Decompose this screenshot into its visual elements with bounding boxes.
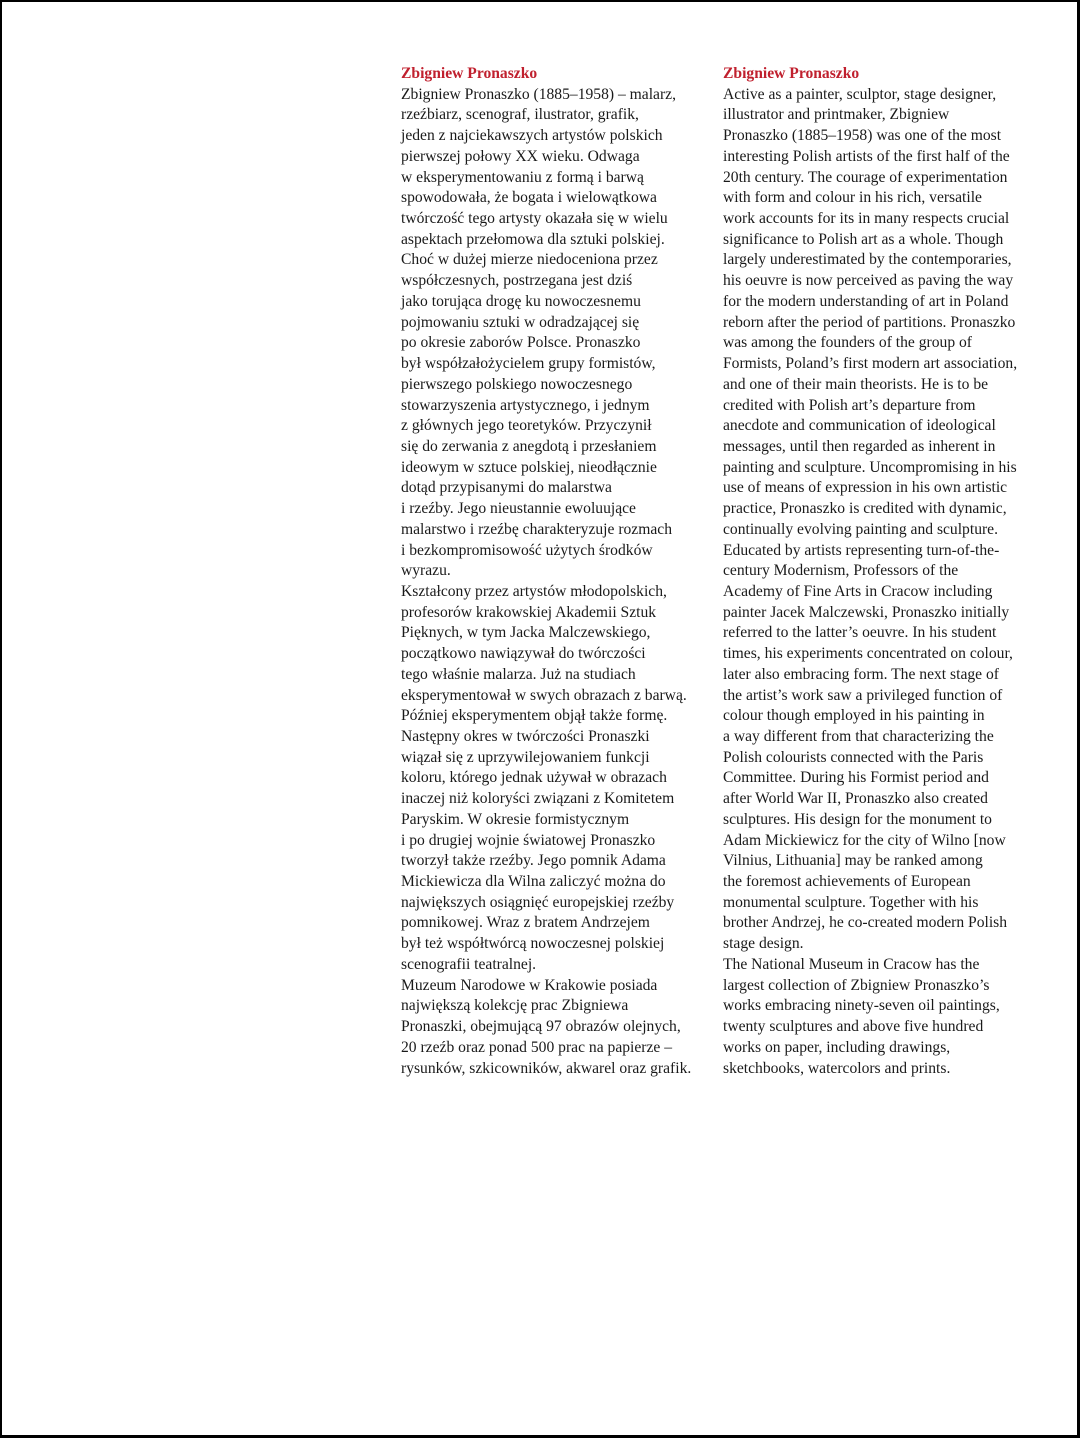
text-line: brother Andrzej, he co-created modern Po…	[723, 913, 1038, 934]
text-line: Następny okres w twórczości Pronaszki	[401, 727, 701, 748]
text-line: profesorów krakowskiej Akademii Sztuk	[401, 603, 701, 624]
text-line: times, his experiments concentrated on c…	[723, 644, 1038, 665]
text-line: Później eksperymentem objął także formę.	[401, 706, 701, 727]
text-line: rzeźbiarz, scenograf, ilustrator, grafik…	[401, 105, 701, 126]
text-line: referred to the latter’s oeuvre. In his …	[723, 623, 1038, 644]
text-line: 20 rzeźb oraz ponad 500 prac na papierze…	[401, 1038, 701, 1059]
text-line: był też współtwórcą nowoczesnej polskiej	[401, 934, 701, 955]
text-line: Zbigniew Pronaszko (1885–1958) – malarz,	[401, 85, 701, 106]
text-line: a way different from that characterizing…	[723, 727, 1038, 748]
english-text-column: Zbigniew Pronaszko Active as a painter, …	[723, 64, 1038, 1079]
text-line: Polish colourists connected with the Par…	[723, 748, 1038, 769]
text-line: sculptures. His design for the monument …	[723, 810, 1038, 831]
text-line: Adam Mickiewicz for the city of Wilno [n…	[723, 831, 1038, 852]
text-line: his oeuvre is now perceived as paving th…	[723, 271, 1038, 292]
text-line: works on paper, including drawings,	[723, 1038, 1038, 1059]
text-line: scenografii teatralnej.	[401, 955, 701, 976]
text-line: pojmowaniu sztuki w odradzającej się	[401, 313, 701, 334]
text-line: rysunków, szkicowników, akwarel oraz gra…	[401, 1059, 701, 1080]
text-line: eksperymentował w swych obrazach z barwą…	[401, 686, 701, 707]
text-line: monumental sculpture. Together with his	[723, 893, 1038, 914]
text-line: continually evolving painting and sculpt…	[723, 520, 1038, 541]
text-line: ideowym w sztuce polskiej, nieodłącznie	[401, 458, 701, 479]
text-line: się do zerwania z anegdotą i przesłaniem	[401, 437, 701, 458]
text-line: aspektach przełomowa dla sztuki polskiej…	[401, 230, 701, 251]
polish-heading: Zbigniew Pronaszko	[401, 64, 701, 85]
text-line: największą kolekcję prac Zbigniewa	[401, 996, 701, 1017]
text-line: largest collection of Zbigniew Pronaszko…	[723, 976, 1038, 997]
text-line: Mickiewicza dla Wilna zaliczyć można do	[401, 872, 701, 893]
text-line: for the modern understanding of art in P…	[723, 292, 1038, 313]
text-line: Pronaszki, obejmującą 97 obrazów olejnyc…	[401, 1017, 701, 1038]
text-line: i rzeźby. Jego nieustannie ewoluujące	[401, 499, 701, 520]
text-line: współczesnych, postrzegana jest dziś	[401, 271, 701, 292]
text-line: z głównych jego teoretyków. Przyczynił	[401, 416, 701, 437]
text-line: i po drugiej wojnie światowej Pronaszko	[401, 831, 701, 852]
text-line: Vilnius, Lithuania] may be ranked among	[723, 851, 1038, 872]
text-line: pomnikowej. Wraz z bratem Andrzejem	[401, 913, 701, 934]
text-line: Committee. During his Formist period and	[723, 768, 1038, 789]
text-line: Pięknych, w tym Jacka Malczewskiego,	[401, 623, 701, 644]
text-line: use of means of expression in his own ar…	[723, 478, 1038, 499]
text-line: with form and colour in his rich, versat…	[723, 188, 1038, 209]
text-line: reborn after the period of partitions. P…	[723, 313, 1038, 334]
text-line: spowodowała, że bogata i wielowątkowa	[401, 188, 701, 209]
text-line: significance to Polish art as a whole. T…	[723, 230, 1038, 251]
text-line: Formists, Poland’s first modern art asso…	[723, 354, 1038, 375]
text-line: practice, Pronaszko is credited with dyn…	[723, 499, 1038, 520]
text-line: dotąd przypisanymi do malarstwa	[401, 478, 701, 499]
text-line: Educated by artists representing turn-of…	[723, 541, 1038, 562]
text-line: largely underestimated by the contempora…	[723, 250, 1038, 271]
text-line: work accounts for its in many respects c…	[723, 209, 1038, 230]
text-line: pierwszej połowy XX wieku. Odwaga	[401, 147, 701, 168]
text-line: twórczość tego artysty okazała się w wie…	[401, 209, 701, 230]
text-line: tworzył także rzeźby. Jego pomnik Adama	[401, 851, 701, 872]
document-page: Zbigniew Pronaszko Zbigniew Pronaszko (1…	[0, 0, 1080, 1438]
text-line: works embracing ninety-seven oil paintin…	[723, 996, 1038, 1017]
text-line: w eksperymentowaniu z formą i barwą	[401, 168, 701, 189]
text-line: wyrazu.	[401, 561, 701, 582]
text-line: the foremost achievements of European	[723, 872, 1038, 893]
text-line: later also embracing form. The next stag…	[723, 665, 1038, 686]
text-line: 20th century. The courage of experimenta…	[723, 168, 1038, 189]
text-line: after World War II, Pronaszko also creat…	[723, 789, 1038, 810]
text-line: interesting Polish artists of the first …	[723, 147, 1038, 168]
text-line: Active as a painter, sculptor, stage des…	[723, 85, 1038, 106]
text-line: sketchbooks, watercolors and prints.	[723, 1059, 1038, 1080]
text-line: stowarzyszenia artystycznego, i jednym	[401, 396, 701, 417]
text-line: Kształcony przez artystów młodopolskich,	[401, 582, 701, 603]
text-line: koloru, którego jednak używał w obrazach	[401, 768, 701, 789]
text-line: jeden z najciekawszych artystów polskich	[401, 126, 701, 147]
text-line: tego właśnie malarza. Już na studiach	[401, 665, 701, 686]
text-line: i bezkompromisowość użytych środków	[401, 541, 701, 562]
text-line: po okresie zaborów Polsce. Pronaszko	[401, 333, 701, 354]
text-line: messages, until then regarded as inheren…	[723, 437, 1038, 458]
text-line: wiązał się z uprzywilejowaniem funkcji	[401, 748, 701, 769]
text-line: malarstwo i rzeźbę charakteryzuje rozmac…	[401, 520, 701, 541]
text-line: początkowo nawiązywał do twórczości	[401, 644, 701, 665]
text-line: Muzeum Narodowe w Krakowie posiada	[401, 976, 701, 997]
polish-text-column: Zbigniew Pronaszko Zbigniew Pronaszko (1…	[401, 64, 701, 1079]
text-line: twenty sculptures and above five hundred	[723, 1017, 1038, 1038]
text-line: was among the founders of the group of	[723, 333, 1038, 354]
text-line: colour though employed in his painting i…	[723, 706, 1038, 727]
text-line: Paryskim. W okresie formistycznym	[401, 810, 701, 831]
text-line: illustrator and printmaker, Zbigniew	[723, 105, 1038, 126]
text-line: the artist’s work saw a privileged funct…	[723, 686, 1038, 707]
text-line: credited with Polish art’s departure fro…	[723, 396, 1038, 417]
text-line: and one of their main theorists. He is t…	[723, 375, 1038, 396]
text-line: pierwszego polskiego nowoczesnego	[401, 375, 701, 396]
text-line: był współzałożycielem grupy formistów,	[401, 354, 701, 375]
text-line: największych osiągnięć europejskiej rzeź…	[401, 893, 701, 914]
text-line: century Modernism, Professors of the	[723, 561, 1038, 582]
text-line: inaczej niż koloryści związani z Komitet…	[401, 789, 701, 810]
polish-body: Zbigniew Pronaszko (1885–1958) – malarz,…	[401, 85, 701, 1080]
text-line: Academy of Fine Arts in Cracow including	[723, 582, 1038, 603]
text-line: anecdote and communication of ideologica…	[723, 416, 1038, 437]
text-line: Pronaszko (1885–1958) was one of the mos…	[723, 126, 1038, 147]
english-heading: Zbigniew Pronaszko	[723, 64, 1038, 85]
text-line: painter Jacek Malczewski, Pronaszko init…	[723, 603, 1038, 624]
text-line: Choć w dużej mierze niedoceniona przez	[401, 250, 701, 271]
text-line: painting and sculpture. Uncompromising i…	[723, 458, 1038, 479]
text-line: The National Museum in Cracow has the	[723, 955, 1038, 976]
english-body: Active as a painter, sculptor, stage des…	[723, 85, 1038, 1080]
text-line: jako torująca drogę ku nowoczesnemu	[401, 292, 701, 313]
text-line: stage design.	[723, 934, 1038, 955]
